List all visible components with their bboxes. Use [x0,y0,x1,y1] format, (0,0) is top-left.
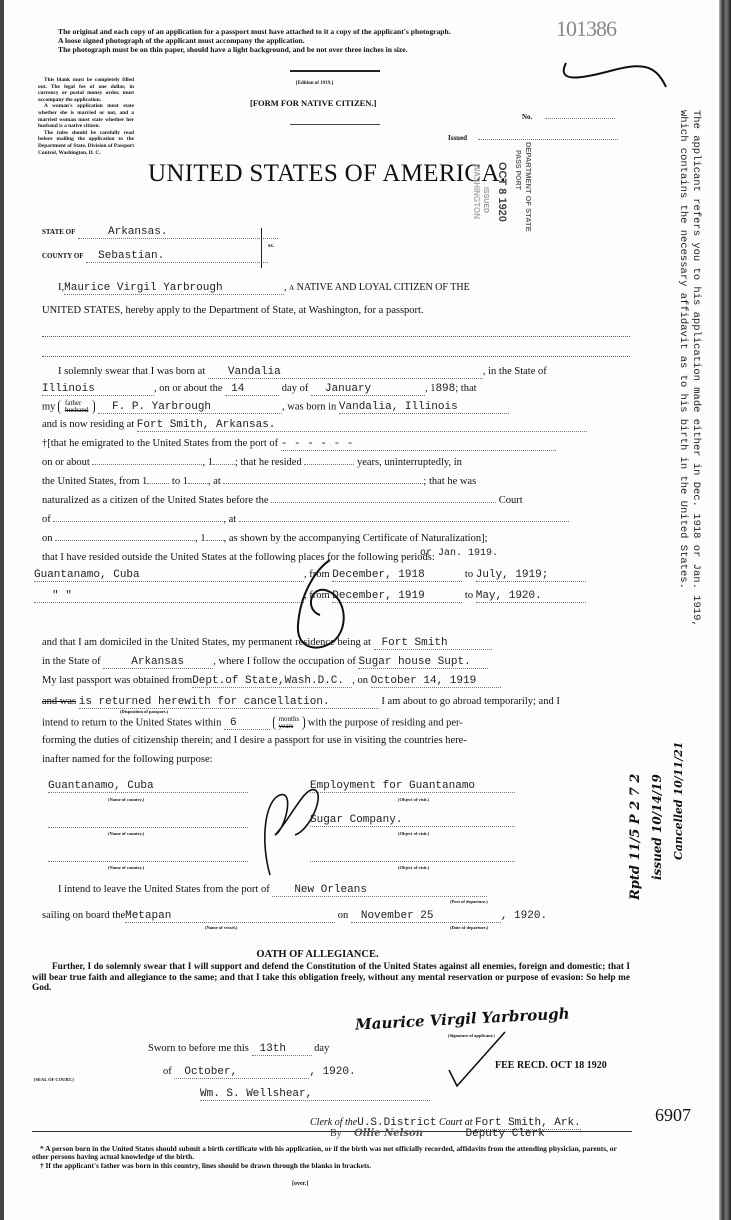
domicile-field: Fort Smith [374,637,492,650]
oath-title: OATH OF ALLEGIANCE. [0,949,635,960]
scan-left-edge [0,0,4,1220]
vessel-field: Metapan [125,910,335,923]
court-of-row: of , at [42,514,631,525]
occupation-field: Sugar house Supt. [358,656,488,669]
father-name-field: F. P. Yarbrough [98,401,282,414]
vessel-row: sailing on board theMetapan on November … [42,910,631,923]
state-field: Arkansas. [78,226,278,239]
footnotes: * A person born in the United States sho… [32,1145,632,1170]
bracket [261,228,262,268]
clerk-name-field: Wm. S. Wellshear, [200,1088,430,1101]
father-row: my father husband F. P. Yarbrough, was b… [42,400,631,414]
form-type-label: [FORM FOR NATIVE CITIZEN.] [250,98,376,108]
birth-date-row: Illinois, on or about the 14 day of Janu… [42,383,631,396]
return-row: intend to return to the United States wi… [42,716,631,730]
sworn-month-row: of October,, 1920. [163,1066,356,1079]
sworn-month-field: October, [174,1066,309,1079]
issued-field [478,139,618,140]
apply-text: UNITED STATES, hereby apply to the Depar… [42,305,631,316]
blank-line [42,356,630,357]
birth-day-field: 14 [225,383,279,396]
last-passport-row: My last passport was obtained fromDept.o… [42,675,631,688]
document-number: 6907 [655,1105,691,1126]
initials-scribble [240,780,340,880]
domicile-row: and that I am domiciled in the United St… [42,637,631,650]
birth-place-row: I solemnly swear that I was born at Vand… [58,366,631,379]
no-field [545,118,615,119]
domicile-state-field: Arkansas [103,656,213,669]
port-row: I intend to leave the United States from… [58,884,631,897]
sworn-row: Sworn to before me this 13th day [148,1043,329,1056]
blank-line [42,336,630,337]
scan-binding-edge [719,0,731,1220]
deputy-row: By Ollie Nelson Deputy Clerk [330,1128,545,1140]
no-label: No. [522,113,532,121]
over-label: [over.] [292,1181,308,1187]
county-field: Sebastian. [86,250,268,263]
state-row: STATE OF Arkansas. [42,226,631,239]
oath-text: Further, I do solemnly swear that I will… [32,962,630,994]
last-passport-date-field: October 14, 1919 [371,675,501,688]
document-title: UNITED STATES OF AMERICA. [148,160,506,188]
divider [290,124,380,125]
file-number: 101386 [556,16,616,42]
duties-text: forming the duties of citizenship therei… [42,735,631,746]
fee-received-stamp: FEE RECD. OCT 18 1920 [495,1060,607,1071]
passport-issued-stamp: DEPARTMENT OF STATE PASS PORT OCT 8 1920… [472,142,552,262]
father-birthplace-field: Vandalia, Illinois [339,401,509,414]
sworn-day-field: 13th [252,1043,312,1056]
seal-label: [SEAL OF COURT.] [34,1077,74,1082]
emigrated-row: †[that he emigrated to the United States… [42,438,631,451]
residence-dates-row: on or about , 1; that he resided years, … [42,457,631,468]
edition-label: [Edition of 1919.] [296,81,333,86]
disposition-field: is returned herewith for cancellation. [79,696,379,709]
photo-instructions: The original and each copy of an applica… [58,27,618,54]
last-passport-from-field: Dept.of State,Wash.D.C. [192,675,352,688]
divider [290,70,380,72]
pen-stroke-mark [560,55,670,90]
return-value-field: 6 [224,717,270,730]
departure-date-field: November 25 [351,910,501,923]
margin-handwriting: Rptd 11/5 P 2 7 2 issued 10/14/19 Cancel… [628,640,728,900]
port-field: New Orleans [272,884,487,897]
occupation-row: in the State of Arkansas, where I follow… [42,656,631,669]
applicant-name-field: Maurice Virgil Yarbrough [64,282,284,295]
issued-label: Issued [448,134,467,142]
residing-row: and is now residing at Fort Smith, Arkan… [42,419,631,432]
purpose-text: inafter named for the following purpose: [42,754,631,765]
naturalized-row: naturalized as a citizen of the United S… [42,495,631,506]
father-residence-field: Fort Smith, Arkansas. [137,419,587,432]
ss-label: ss. [268,243,274,249]
birth-state-field: Illinois [42,383,154,396]
disposition-row: and was is returned herewith for cancell… [42,696,631,709]
county-row: COUNTY OF Sebastian. [42,250,631,263]
applicant-row: I,Maurice Virgil Yarbrough, a NATIVE AND… [58,282,631,295]
residence-years-row: the United States, from 1 to 1, at ; tha… [42,476,631,487]
birth-place-field: Vandalia [208,366,483,379]
birth-month-field: January [311,383,425,396]
sidebar-instructions: This blank must be completely filled out… [38,77,134,156]
margin-typed-note: The applicant refers you to his applicat… [672,110,702,650]
certificate-row: on , 1, as shown by the accompanying Cer… [42,533,631,544]
birth-year-field: 898 [435,383,455,395]
abroad-insert: or Jan. 1919. [420,548,498,559]
